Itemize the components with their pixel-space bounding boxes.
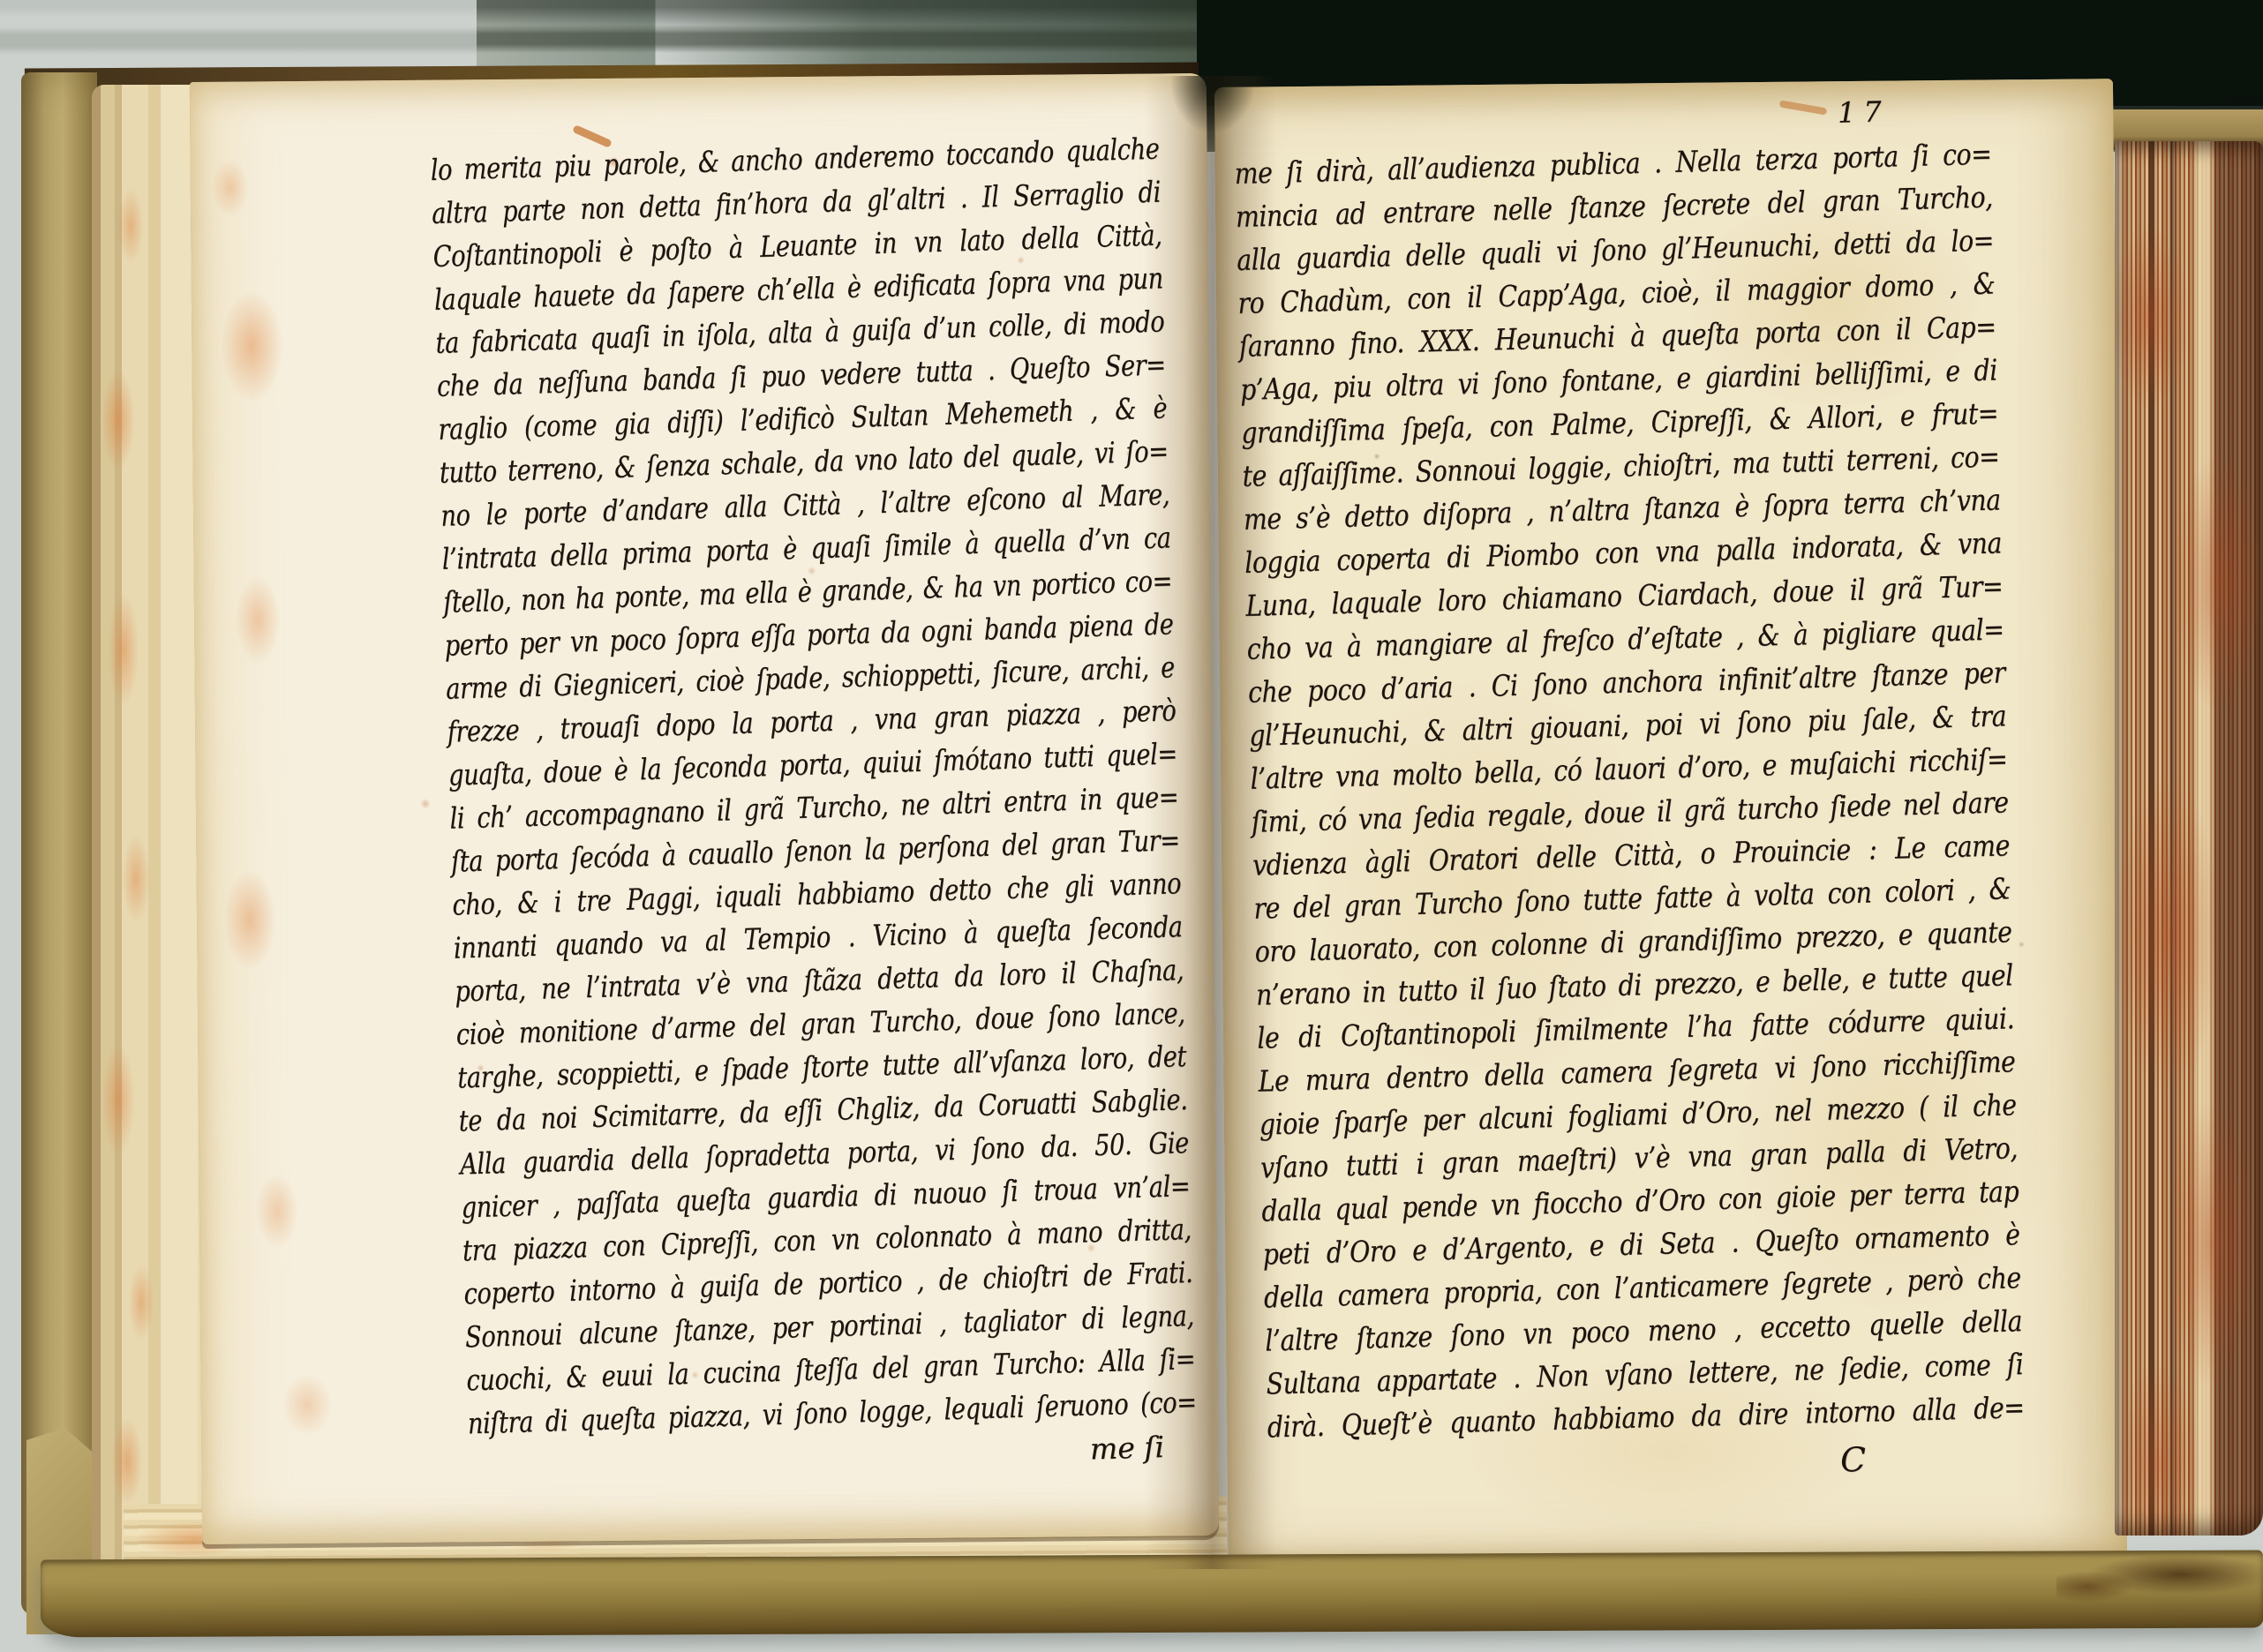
book-cover-bottom	[41, 1551, 2263, 1638]
right-page-lines: me ſi dirà, all’audienza publica . Nella…	[1234, 132, 2025, 1449]
left-page-text: lo merita piu parole, & ancho anderemo t…	[430, 126, 1199, 1484]
left-page-lines: lo merita piu parole, & ancho anderemo t…	[430, 126, 1197, 1445]
page-number: 17	[1838, 94, 1891, 130]
scanned-book-photo: { "book": { "description": "Open antique…	[0, 0, 2263, 1652]
fore-edge-sprinkled	[2115, 141, 2263, 1536]
book-cover-left	[21, 72, 97, 1615]
cover-bottom-stain	[2056, 1550, 2263, 1611]
right-page-text: me ſi dirà, all’audienza publica . Nella…	[1234, 132, 2026, 1495]
